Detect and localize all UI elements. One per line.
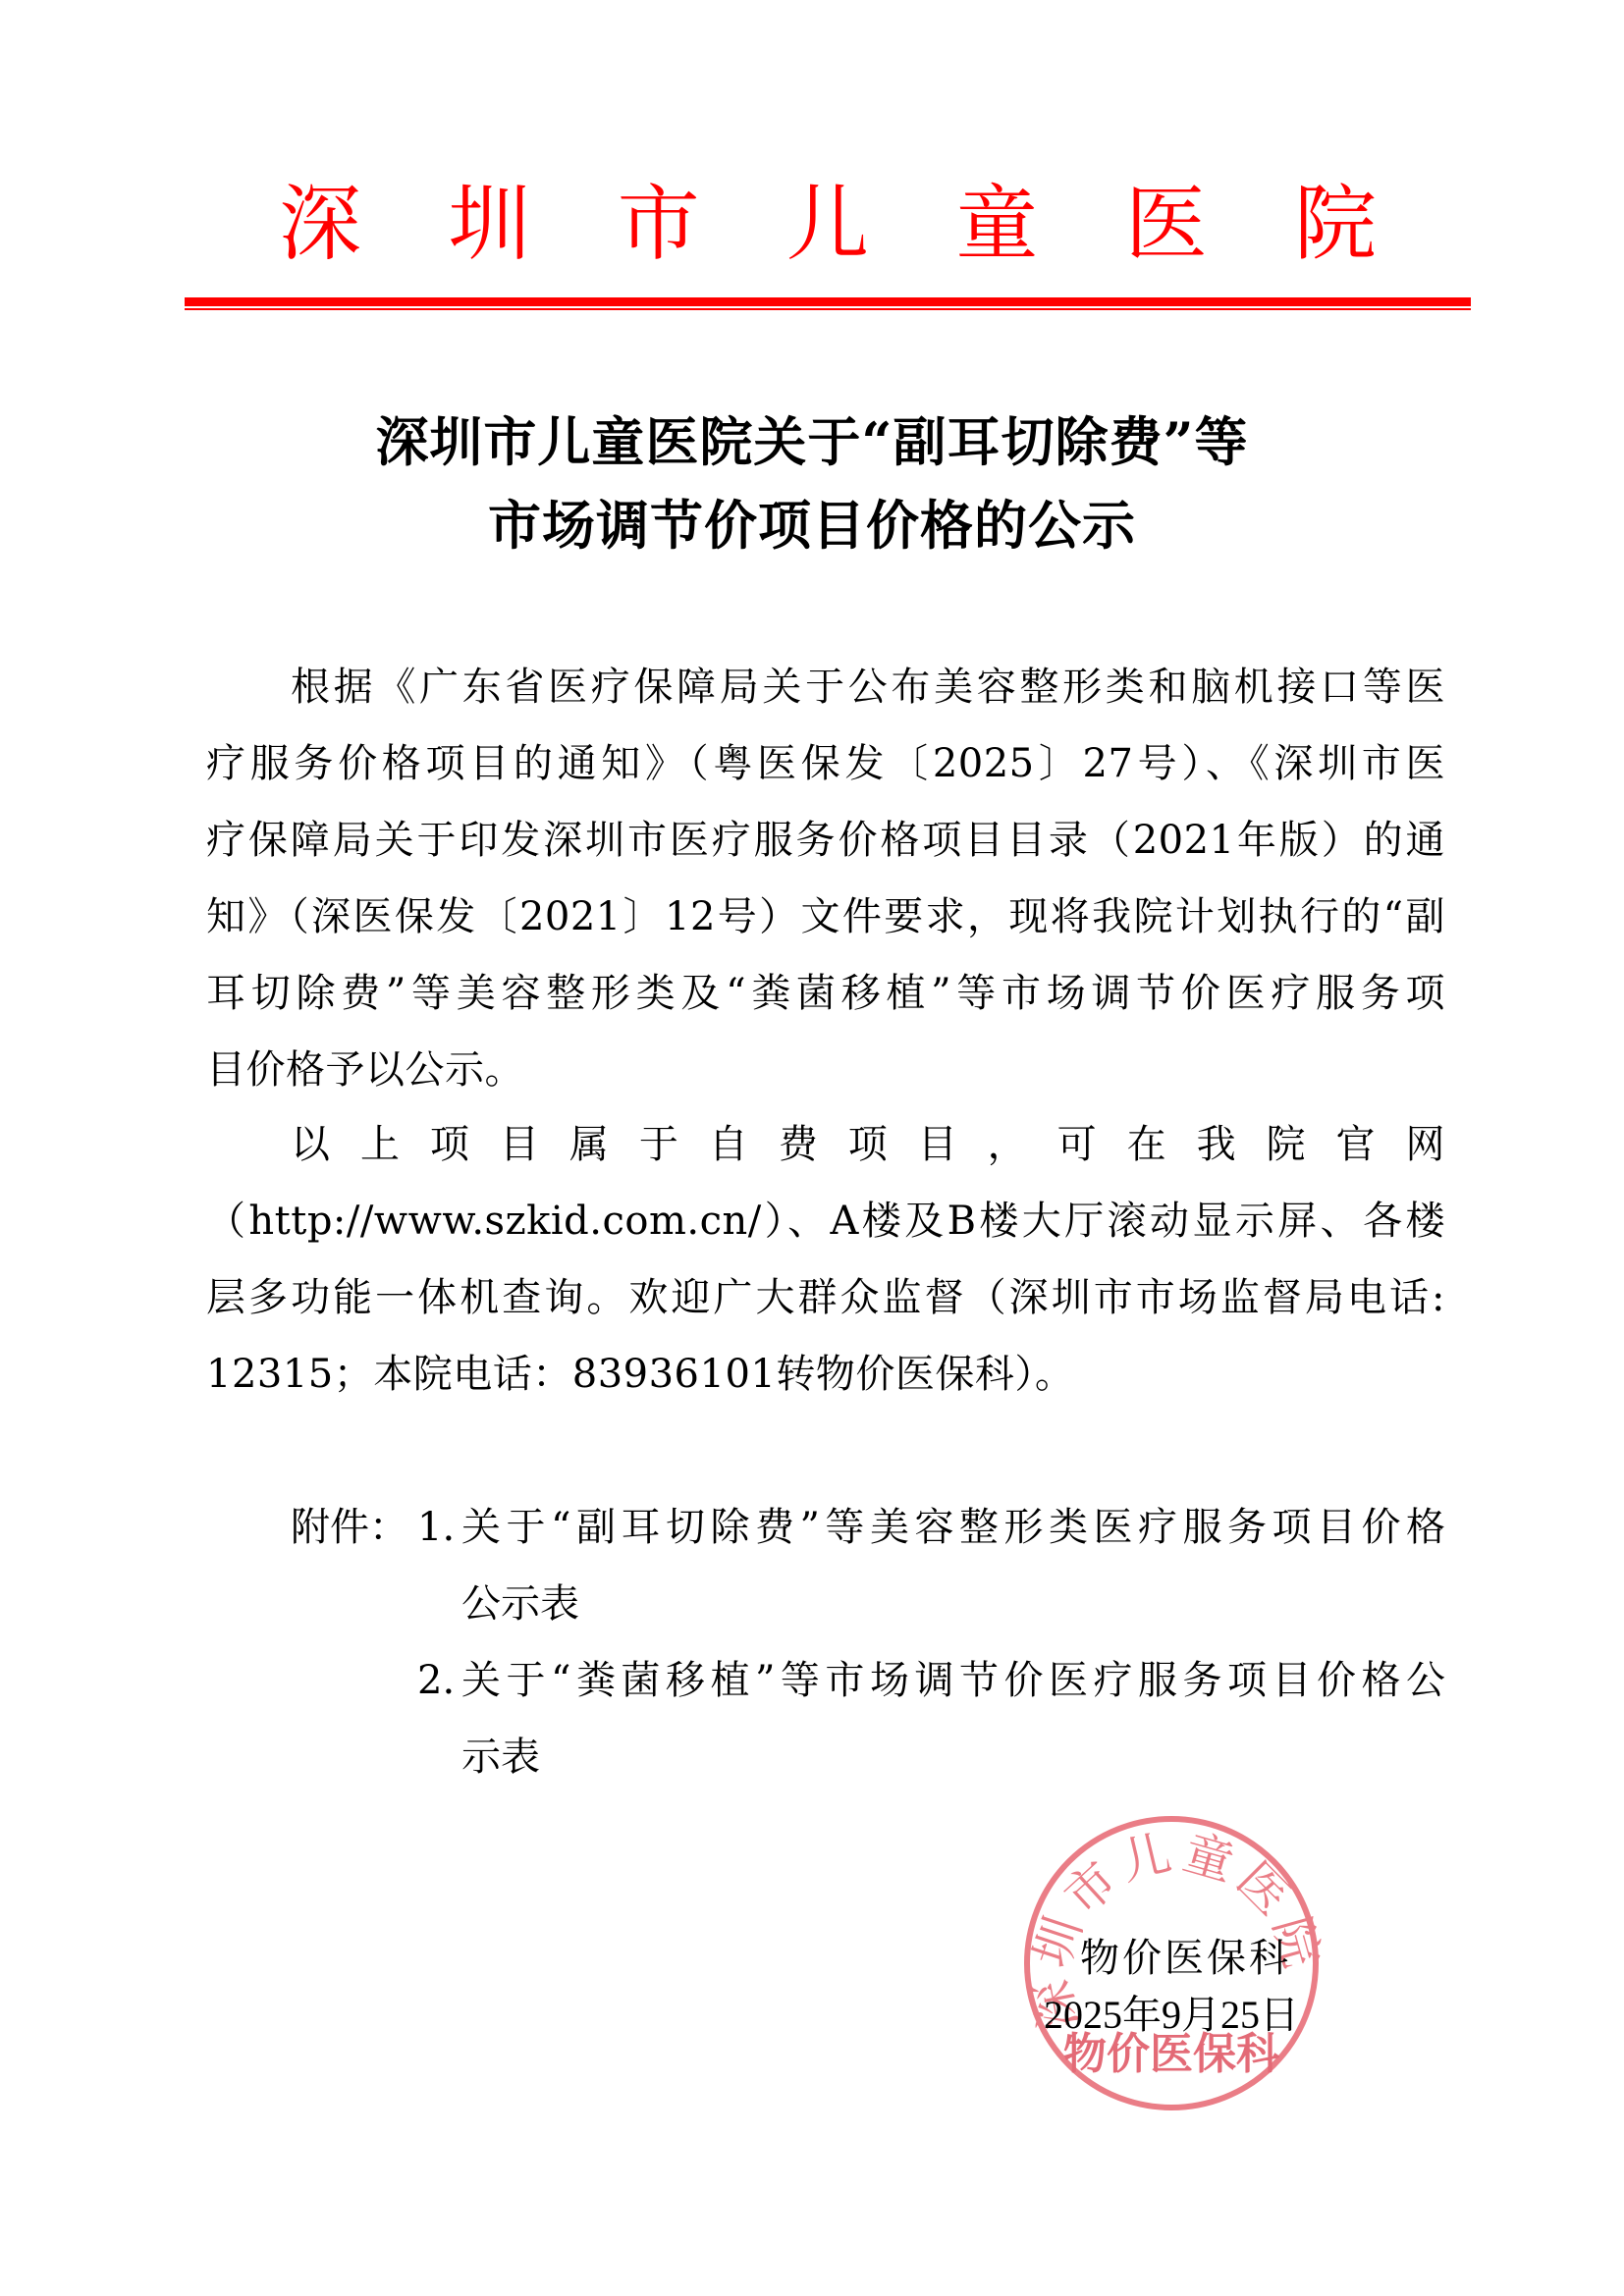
attachments-label: 附件：	[291, 1508, 408, 1547]
masthead: 深 圳 市 儿 童 医 院	[185, 175, 1471, 273]
masthead-char: 市	[618, 183, 700, 265]
paragraph-line-website: （http://www.szkid.com.cn/）、A楼及B楼大厅滚动显示屏、…	[206, 1201, 1445, 1241]
masthead-divider-thin	[185, 308, 1471, 310]
attachment-title-cont: 示表	[461, 1737, 540, 1777]
attachment-title: 关于“粪菌移植”等市场调节价医疗服务项目价格公	[461, 1661, 1445, 1700]
masthead-divider-thick	[185, 297, 1471, 306]
masthead-char: 医	[1125, 183, 1208, 265]
paragraph-line: 12315；本院电话：83936101转物价医保科）。	[206, 1355, 1445, 1394]
paragraph-line: 耳切除费”等美容整形类及“粪菌移植”等市场调节价医疗服务项	[206, 974, 1445, 1013]
paragraph-line: 层多功能一体机查询。欢迎广大群众监督（深圳市市场监督局电话:	[206, 1278, 1445, 1317]
masthead-char: 深	[279, 183, 361, 265]
attachment-number: 1.	[417, 1508, 455, 1547]
attachment-title-cont: 公示表	[461, 1584, 579, 1624]
masthead-char: 童	[955, 183, 1038, 265]
paragraph-line: 根据《广东省医疗保障局关于公布美容整形类和脑机接口等医	[206, 667, 1445, 707]
paragraph-line: 疗服务价格项目的通知》（粤医保发〔2025〕27号）、《深圳市医	[206, 744, 1445, 783]
document-title-line2: 市场调节价项目价格的公示	[196, 499, 1428, 552]
masthead-char: 儿	[786, 183, 869, 265]
paragraph-line: 疗保障局关于印发深圳市医疗服务价格项目目录（2021年版）的通	[206, 821, 1445, 860]
masthead-char: 院	[1294, 183, 1377, 265]
signature-date: 2025年9月25日	[1044, 1996, 1299, 2035]
paragraph-line: 目价格予以公示。	[206, 1050, 1445, 1090]
document-title-line1: 深圳市儿童医院关于“副耳切除费”等	[196, 415, 1428, 468]
masthead-char: 圳	[448, 183, 530, 265]
signature-department: 物价医保科	[1080, 1939, 1291, 1978]
attachment-title: 关于“副耳切除费”等美容整形类医疗服务项目价格	[461, 1508, 1445, 1547]
paragraph-line: 知》（深医保发〔2021〕12号）文件要求，现将我院计划执行的“副	[206, 897, 1445, 936]
attachment-number: 2.	[417, 1661, 455, 1700]
paragraph-line: 以上项目属于自费项目，可在我院官网	[206, 1125, 1445, 1164]
